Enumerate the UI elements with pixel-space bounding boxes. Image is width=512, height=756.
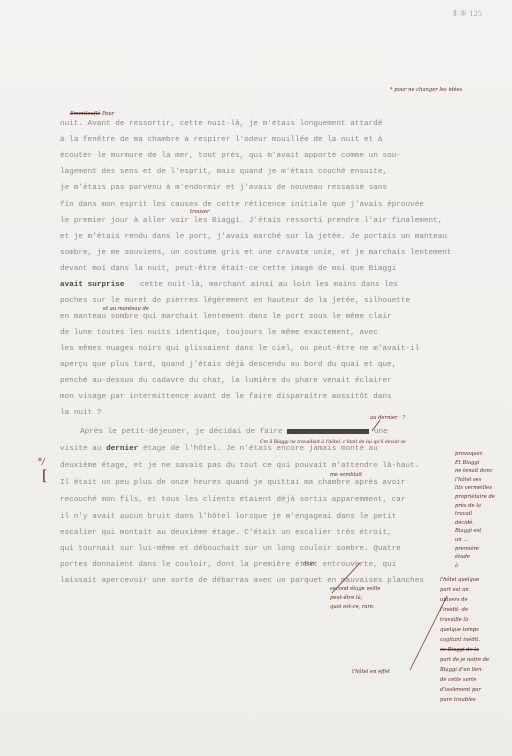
manuscript-page: Ⅱ ⑤ 125 * pour ne changer les idées Emmi…: [0, 0, 512, 756]
correction-strokes: [0, 0, 512, 756]
